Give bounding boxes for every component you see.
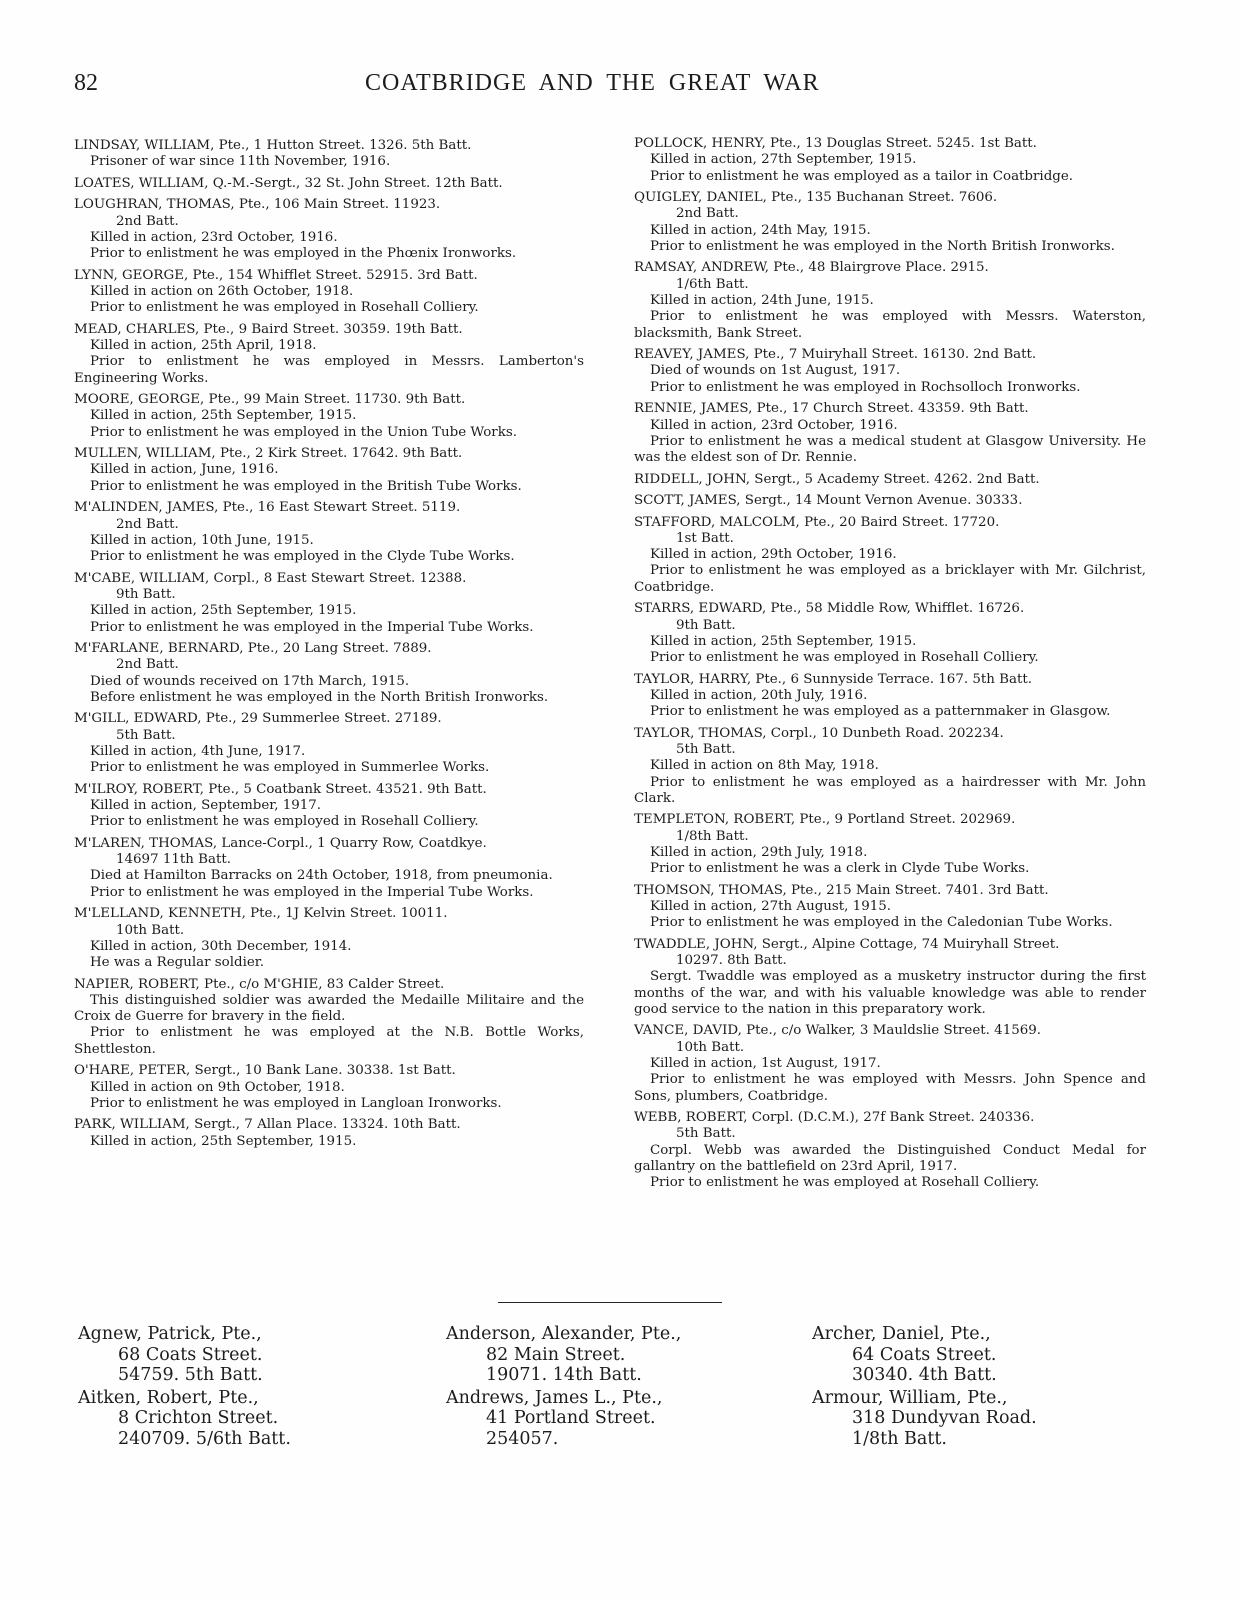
entry-note: Killed in action, 20th July, 1916. <box>634 688 1146 704</box>
entry-note: Prior to enlistment he was employed in R… <box>74 300 584 316</box>
entry-heading: STARRS, EDWARD, Pte., 58 Middle Row, Whi… <box>634 601 1146 634</box>
entry-note: Killed in action, 23rd October, 1916. <box>634 418 1146 434</box>
roll-entry: LYNN, GEORGE, Pte., 154 Whifflet Street.… <box>74 268 584 317</box>
entry-note: Prior to enlistment he was employed in M… <box>74 354 584 387</box>
entry-heading: M'LELLAND, KENNETH, Pte., 1J Kelvin Stre… <box>74 906 584 939</box>
entry-heading: NAPIER, ROBERT, Pte., c/o M'GHIE, 83 Cal… <box>74 977 584 993</box>
entry-heading: STAFFORD, MALCOLM, Pte., 20 Baird Street… <box>634 515 1146 548</box>
entry-note: Killed in action, 25th September, 1915. <box>74 603 584 619</box>
entry-note: Prior to enlistment he was employed in t… <box>634 915 1146 931</box>
entry-heading: RIDDELL, JOHN, Sergt., 5 Academy Street.… <box>634 472 1146 488</box>
roll-entry: STAFFORD, MALCOLM, Pte., 20 Baird Street… <box>634 515 1146 596</box>
entry-note: Prior to enlistment he was employed in t… <box>74 425 584 441</box>
entry-name-address: MOORE, GEORGE, Pte., 99 Main Street. 117… <box>74 392 465 407</box>
entry-battalion: 10th Batt. <box>634 1040 1146 1056</box>
entry-name-address: O'HARE, PETER, Sergt., 10 Bank Lane. 303… <box>74 1063 456 1078</box>
entry-battalion: 14697 11th Batt. <box>74 852 584 868</box>
roll-entry: LOATES, WILLIAM, Q.-M.-Sergt., 32 St. Jo… <box>74 176 584 192</box>
entry-name-address: M'LELLAND, KENNETH, Pte., 1J Kelvin Stre… <box>74 906 447 921</box>
roll-entry: O'HARE, PETER, Sergt., 10 Bank Lane. 303… <box>74 1063 584 1112</box>
entry-name-address: LOUGHRAN, THOMAS, Pte., 106 Main Street.… <box>74 197 440 212</box>
soldier-detail: 82 Main Street. <box>446 1345 681 1366</box>
entry-name-address: M'FARLANE, BERNARD, Pte., 20 Lang Street… <box>74 641 432 656</box>
soldier-name: Andrews, James L., Pte., <box>446 1388 681 1409</box>
soldier-detail: 240709. 5/6th Batt. <box>78 1429 291 1450</box>
soldier-detail: 41 Portland Street. <box>446 1408 681 1429</box>
entry-heading: QUIGLEY, DANIEL, Pte., 135 Buchanan Stre… <box>634 190 1146 223</box>
entry-name-address: M'ILROY, ROBERT, Pte., 5 Coatbank Street… <box>74 782 487 797</box>
entry-battalion: 5th Batt. <box>74 728 584 744</box>
entry-note: Died at Hamilton Barracks on 24th Octobe… <box>74 868 584 884</box>
roll-entry: M'FARLANE, BERNARD, Pte., 20 Lang Street… <box>74 641 584 706</box>
entry-note: Died of wounds received on 17th March, 1… <box>74 674 584 690</box>
entry-heading: LINDSAY, WILLIAM, Pte., 1 Hutton Street.… <box>74 138 584 154</box>
entry-name-address: STARRS, EDWARD, Pte., 58 Middle Row, Whi… <box>634 601 1024 616</box>
entry-note: Died of wounds on 1st August, 1917. <box>634 363 1146 379</box>
entry-note: Prior to enlistment he was employed at R… <box>634 1175 1146 1191</box>
entry-heading: THOMSON, THOMAS, Pte., 215 Main Street. … <box>634 883 1146 899</box>
roll-entry: M'LELLAND, KENNETH, Pte., 1J Kelvin Stre… <box>74 906 584 971</box>
soldier-detail: 8 Crichton Street. <box>78 1408 291 1429</box>
soldier-name: Agnew, Patrick, Pte., <box>78 1324 291 1345</box>
additional-name-entry: Andrews, James L., Pte.,41 Portland Stre… <box>446 1388 681 1450</box>
entry-note: Killed in action, 29th July, 1918. <box>634 845 1146 861</box>
entry-note: Prior to enlistment he was employed in R… <box>634 650 1146 666</box>
entry-heading: M'CABE, WILLIAM, Corpl., 8 East Stewart … <box>74 571 584 604</box>
entry-heading: M'LAREN, THOMAS, Lance-Corpl., 1 Quarry … <box>74 836 584 869</box>
entry-note: Prior to enlistment he was employed as a… <box>634 775 1146 808</box>
book-page: 82 COATBRIDGE AND THE GREAT WAR LINDSAY,… <box>0 0 1240 1600</box>
soldier-detail: 254057. <box>446 1429 681 1450</box>
entry-note: Prior to enlistment he was a clerk in Cl… <box>634 861 1146 877</box>
entry-note: Killed in action, September, 1917. <box>74 798 584 814</box>
roll-entry: RIDDELL, JOHN, Sergt., 5 Academy Street.… <box>634 472 1146 488</box>
additional-names-column-3: Archer, Daniel, Pte.,64 Coats Street.303… <box>812 1324 1037 1451</box>
soldier-detail: 318 Dundyvan Road. <box>812 1408 1037 1429</box>
entry-name-address: QUIGLEY, DANIEL, Pte., 135 Buchanan Stre… <box>634 190 997 205</box>
entry-name-address: VANCE, DAVID, Pte., c/o Walker, 3 Maulds… <box>634 1023 1041 1038</box>
entry-note: Killed in action, 25th April, 1918. <box>74 338 584 354</box>
entry-heading: PARK, WILLIAM, Sergt., 7 Allan Place. 13… <box>74 1117 584 1133</box>
left-column: LINDSAY, WILLIAM, Pte., 1 Hutton Street.… <box>74 138 584 1155</box>
entry-note: Prior to enlistment he was employed in t… <box>74 885 584 901</box>
entry-heading: SCOTT, JAMES, Sergt., 14 Mount Vernon Av… <box>634 493 1146 509</box>
roll-entry: LOUGHRAN, THOMAS, Pte., 106 Main Street.… <box>74 197 584 262</box>
roll-entry: M'ALINDEN, JAMES, Pte., 16 East Stewart … <box>74 500 584 565</box>
entry-note: Killed in action, 1st August, 1917. <box>634 1056 1146 1072</box>
entry-name-address: SCOTT, JAMES, Sergt., 14 Mount Vernon Av… <box>634 493 1022 508</box>
additional-name-entry: Anderson, Alexander, Pte.,82 Main Street… <box>446 1324 681 1386</box>
entry-note: Killed in action on 26th October, 1918. <box>74 284 584 300</box>
entry-note: Killed in action, 24th May, 1915. <box>634 223 1146 239</box>
roll-entry: M'CABE, WILLIAM, Corpl., 8 East Stewart … <box>74 571 584 636</box>
entry-note: Prior to enlistment he was employed in t… <box>74 246 584 262</box>
entry-note: Killed in action, 4th June, 1917. <box>74 744 584 760</box>
entry-name-address: M'CABE, WILLIAM, Corpl., 8 East Stewart … <box>74 571 466 586</box>
entry-heading: M'GILL, EDWARD, Pte., 29 Summerlee Stree… <box>74 711 584 744</box>
entry-name-address: PARK, WILLIAM, Sergt., 7 Allan Place. 13… <box>74 1117 461 1132</box>
roll-entry: MOORE, GEORGE, Pte., 99 Main Street. 117… <box>74 392 584 441</box>
entry-battalion: 9th Batt. <box>634 618 1146 634</box>
entry-note: Prior to enlistment he was employed at t… <box>74 1025 584 1058</box>
entry-heading: LOUGHRAN, THOMAS, Pte., 106 Main Street.… <box>74 197 584 230</box>
roll-entry: PARK, WILLIAM, Sergt., 7 Allan Place. 13… <box>74 1117 584 1150</box>
entry-battalion: 9th Batt. <box>74 587 584 603</box>
entry-note: Killed in action, 23rd October, 1916. <box>74 230 584 246</box>
roll-entry: TAYLOR, THOMAS, Corpl., 10 Dunbeth Road.… <box>634 726 1146 807</box>
soldier-name: Archer, Daniel, Pte., <box>812 1324 1037 1345</box>
entry-note: Killed in action, 27th August, 1915. <box>634 899 1146 915</box>
entry-note: Prior to enlistment he was employed in L… <box>74 1096 584 1112</box>
entry-name-address: LYNN, GEORGE, Pte., 154 Whifflet Street.… <box>74 268 478 283</box>
entry-heading: VANCE, DAVID, Pte., c/o Walker, 3 Maulds… <box>634 1023 1146 1056</box>
entry-heading: REAVEY, JAMES, Pte., 7 Muiryhall Street.… <box>634 347 1146 363</box>
entry-note: Killed in action, 30th December, 1914. <box>74 939 584 955</box>
entry-name-address: M'ALINDEN, JAMES, Pte., 16 East Stewart … <box>74 500 460 515</box>
roll-entry: LINDSAY, WILLIAM, Pte., 1 Hutton Street.… <box>74 138 584 171</box>
entry-heading: M'ALINDEN, JAMES, Pte., 16 East Stewart … <box>74 500 584 533</box>
additional-name-entry: Agnew, Patrick, Pte.,68 Coats Street.547… <box>78 1324 291 1386</box>
entry-battalion: 10th Batt. <box>74 923 584 939</box>
additional-names-column-2: Anderson, Alexander, Pte.,82 Main Street… <box>446 1324 681 1451</box>
entry-battalion: 2nd Batt. <box>74 517 584 533</box>
entry-note: Prisoner of war since 11th November, 191… <box>74 154 584 170</box>
roll-entry: WEBB, ROBERT, Corpl. (D.C.M.), 27f Bank … <box>634 1110 1146 1191</box>
entry-note: Prior to enlistment he was employed in t… <box>74 479 584 495</box>
entry-name-address: M'LAREN, THOMAS, Lance-Corpl., 1 Quarry … <box>74 836 487 851</box>
roll-entry: THOMSON, THOMAS, Pte., 215 Main Street. … <box>634 883 1146 932</box>
entry-battalion: 1/8th Batt. <box>634 829 1146 845</box>
additional-name-entry: Armour, William, Pte.,318 Dundyvan Road.… <box>812 1388 1037 1450</box>
entry-heading: WEBB, ROBERT, Corpl. (D.C.M.), 27f Bank … <box>634 1110 1146 1143</box>
entry-heading: M'ILROY, ROBERT, Pte., 5 Coatbank Street… <box>74 782 584 798</box>
entry-battalion: 1/6th Batt. <box>634 277 1146 293</box>
entry-heading: O'HARE, PETER, Sergt., 10 Bank Lane. 303… <box>74 1063 584 1079</box>
roll-entry: RENNIE, JAMES, Pte., 17 Church Street. 4… <box>634 401 1146 466</box>
soldier-detail: 30340. 4th Batt. <box>812 1365 1037 1386</box>
roll-entry: SCOTT, JAMES, Sergt., 14 Mount Vernon Av… <box>634 493 1146 509</box>
section-divider <box>498 1302 722 1303</box>
entry-note: Prior to enlistment he was employed in S… <box>74 760 584 776</box>
roll-entry: QUIGLEY, DANIEL, Pte., 135 Buchanan Stre… <box>634 190 1146 255</box>
entry-note: Prior to enlistment he was employed as a… <box>634 169 1146 185</box>
additional-name-entry: Aitken, Robert, Pte.,8 Crichton Street.2… <box>78 1388 291 1450</box>
entry-note: Prior to enlistment he was employed with… <box>634 309 1146 342</box>
entry-heading: RAMSAY, ANDREW, Pte., 48 Blairgrove Plac… <box>634 260 1146 293</box>
entry-note: Killed in action, 24th June, 1915. <box>634 293 1146 309</box>
additional-names-column-1: Agnew, Patrick, Pte.,68 Coats Street.547… <box>78 1324 291 1451</box>
right-column: POLLOCK, HENRY, Pte., 13 Douglas Street.… <box>634 136 1146 1197</box>
entry-note: Killed in action, 29th October, 1916. <box>634 547 1146 563</box>
entry-name-address: LOATES, WILLIAM, Q.-M.-Sergt., 32 St. Jo… <box>74 176 503 191</box>
entry-heading: LYNN, GEORGE, Pte., 154 Whifflet Street.… <box>74 268 584 284</box>
roll-entry: STARRS, EDWARD, Pte., 58 Middle Row, Whi… <box>634 601 1146 666</box>
entry-note: This distinguished soldier was awarded t… <box>74 993 584 1026</box>
entry-name-address: WEBB, ROBERT, Corpl. (D.C.M.), 27f Bank … <box>634 1110 1034 1125</box>
soldier-name: Armour, William, Pte., <box>812 1388 1037 1409</box>
entry-heading: TAYLOR, THOMAS, Corpl., 10 Dunbeth Road.… <box>634 726 1146 759</box>
entry-note: Prior to enlistment he was employed in R… <box>634 380 1146 396</box>
entry-name-address: RIDDELL, JOHN, Sergt., 5 Academy Street.… <box>634 472 1040 487</box>
entry-name-address: RENNIE, JAMES, Pte., 17 Church Street. 4… <box>634 401 1029 416</box>
soldier-detail: 19071. 14th Batt. <box>446 1365 681 1386</box>
entry-battalion: 2nd Batt. <box>74 214 584 230</box>
soldier-name: Aitken, Robert, Pte., <box>78 1388 291 1409</box>
roll-entry: REAVEY, JAMES, Pte., 7 Muiryhall Street.… <box>634 347 1146 396</box>
entry-note: Prior to enlistment he was a medical stu… <box>634 434 1146 467</box>
entry-note: Sergt. Twaddle was employed as a musketr… <box>634 969 1146 1018</box>
entry-name-address: MEAD, CHARLES, Pte., 9 Baird Street. 303… <box>74 322 463 337</box>
entry-name-address: POLLOCK, HENRY, Pte., 13 Douglas Street.… <box>634 136 1037 151</box>
entry-note: Killed in action, 10th June, 1915. <box>74 533 584 549</box>
entry-battalion: 2nd Batt. <box>74 657 584 673</box>
entry-name-address: M'GILL, EDWARD, Pte., 29 Summerlee Stree… <box>74 711 442 726</box>
entry-name-address: STAFFORD, MALCOLM, Pte., 20 Baird Street… <box>634 515 999 530</box>
entry-battalion: 5th Batt. <box>634 1126 1146 1142</box>
entry-note: Killed in action, 27th September, 1915. <box>634 152 1146 168</box>
roll-entry: TWADDLE, JOHN, Sergt., Alpine Cottage, 7… <box>634 937 1146 1018</box>
soldier-detail: 1/8th Batt. <box>812 1429 1037 1450</box>
entry-name-address: TWADDLE, JOHN, Sergt., Alpine Cottage, 7… <box>634 937 1059 952</box>
entry-name-address: LINDSAY, WILLIAM, Pte., 1 Hutton Street.… <box>74 138 471 153</box>
roll-entry: TEMPLETON, ROBERT, Pte., 9 Portland Stre… <box>634 812 1146 877</box>
entry-note: Prior to enlistment he was employed in R… <box>74 814 584 830</box>
entry-note: Prior to enlistment he was employed in t… <box>74 549 584 565</box>
entry-heading: MEAD, CHARLES, Pte., 9 Baird Street. 303… <box>74 322 584 338</box>
running-title: COATBRIDGE AND THE GREAT WAR <box>365 70 820 97</box>
roll-entry: RAMSAY, ANDREW, Pte., 48 Blairgrove Plac… <box>634 260 1146 341</box>
entry-heading: POLLOCK, HENRY, Pte., 13 Douglas Street.… <box>634 136 1146 152</box>
roll-entry: TAYLOR, HARRY, Pte., 6 Sunnyside Terrace… <box>634 672 1146 721</box>
soldier-detail: 64 Coats Street. <box>812 1345 1037 1366</box>
entry-heading: RENNIE, JAMES, Pte., 17 Church Street. 4… <box>634 401 1146 417</box>
soldier-detail: 68 Coats Street. <box>78 1345 291 1366</box>
roll-entry: NAPIER, ROBERT, Pte., c/o M'GHIE, 83 Cal… <box>74 977 584 1058</box>
entry-note: Prior to enlistment he was employed in t… <box>74 620 584 636</box>
roll-entry: POLLOCK, HENRY, Pte., 13 Douglas Street.… <box>634 136 1146 185</box>
roll-entry: M'LAREN, THOMAS, Lance-Corpl., 1 Quarry … <box>74 836 584 901</box>
entry-note: Killed in action, 25th September, 1915. <box>634 634 1146 650</box>
entry-heading: TAYLOR, HARRY, Pte., 6 Sunnyside Terrace… <box>634 672 1146 688</box>
entry-note: Prior to enlistment he was employed in t… <box>634 239 1146 255</box>
entry-name-address: NAPIER, ROBERT, Pte., c/o M'GHIE, 83 Cal… <box>74 977 444 992</box>
entry-name-address: REAVEY, JAMES, Pte., 7 Muiryhall Street.… <box>634 347 1036 362</box>
entry-name-address: TAYLOR, HARRY, Pte., 6 Sunnyside Terrace… <box>634 672 1032 687</box>
entry-heading: M'FARLANE, BERNARD, Pte., 20 Lang Street… <box>74 641 584 674</box>
entry-name-address: TEMPLETON, ROBERT, Pte., 9 Portland Stre… <box>634 812 1015 827</box>
entry-heading: TWADDLE, JOHN, Sergt., Alpine Cottage, 7… <box>634 937 1146 970</box>
entry-note: Before enlistment he was employed in the… <box>74 690 584 706</box>
entry-note: Prior to enlistment he was employed as a… <box>634 563 1146 596</box>
entry-battalion: 1st Batt. <box>634 531 1146 547</box>
entry-note: Killed in action on 8th May, 1918. <box>634 758 1146 774</box>
entry-note: He was a Regular soldier. <box>74 955 584 971</box>
roll-entry: MULLEN, WILLIAM, Pte., 2 Kirk Street. 17… <box>74 446 584 495</box>
soldier-detail: 54759. 5th Batt. <box>78 1365 291 1386</box>
entry-heading: MOORE, GEORGE, Pte., 99 Main Street. 117… <box>74 392 584 408</box>
entry-battalion: 10297. 8th Batt. <box>634 953 1146 969</box>
entry-heading: TEMPLETON, ROBERT, Pte., 9 Portland Stre… <box>634 812 1146 845</box>
roll-entry: M'ILROY, ROBERT, Pte., 5 Coatbank Street… <box>74 782 584 831</box>
additional-name-entry: Archer, Daniel, Pte.,64 Coats Street.303… <box>812 1324 1037 1386</box>
roll-entry: MEAD, CHARLES, Pte., 9 Baird Street. 303… <box>74 322 584 387</box>
entry-note: Prior to enlistment he was employed with… <box>634 1072 1146 1105</box>
entry-note: Corpl. Webb was awarded the Distinguishe… <box>634 1143 1146 1176</box>
page-number: 82 <box>74 70 98 97</box>
entry-battalion: 5th Batt. <box>634 742 1146 758</box>
entry-name-address: RAMSAY, ANDREW, Pte., 48 Blairgrove Plac… <box>634 260 989 275</box>
entry-name-address: THOMSON, THOMAS, Pte., 215 Main Street. … <box>634 883 1049 898</box>
entry-heading: LOATES, WILLIAM, Q.-M.-Sergt., 32 St. Jo… <box>74 176 584 192</box>
entry-note: Killed in action, 25th September, 1915. <box>74 1134 584 1150</box>
roll-entry: VANCE, DAVID, Pte., c/o Walker, 3 Maulds… <box>634 1023 1146 1104</box>
entry-name-address: MULLEN, WILLIAM, Pte., 2 Kirk Street. 17… <box>74 446 462 461</box>
entry-name-address: TAYLOR, THOMAS, Corpl., 10 Dunbeth Road.… <box>634 726 1004 741</box>
entry-battalion: 2nd Batt. <box>634 206 1146 222</box>
entry-note: Prior to enlistment he was employed as a… <box>634 704 1146 720</box>
roll-entry: M'GILL, EDWARD, Pte., 29 Summerlee Stree… <box>74 711 584 776</box>
entry-heading: MULLEN, WILLIAM, Pte., 2 Kirk Street. 17… <box>74 446 584 462</box>
entry-note: Killed in action, June, 1916. <box>74 462 584 478</box>
entry-note: Killed in action on 9th October, 1918. <box>74 1080 584 1096</box>
entry-note: Killed in action, 25th September, 1915. <box>74 408 584 424</box>
soldier-name: Anderson, Alexander, Pte., <box>446 1324 681 1345</box>
